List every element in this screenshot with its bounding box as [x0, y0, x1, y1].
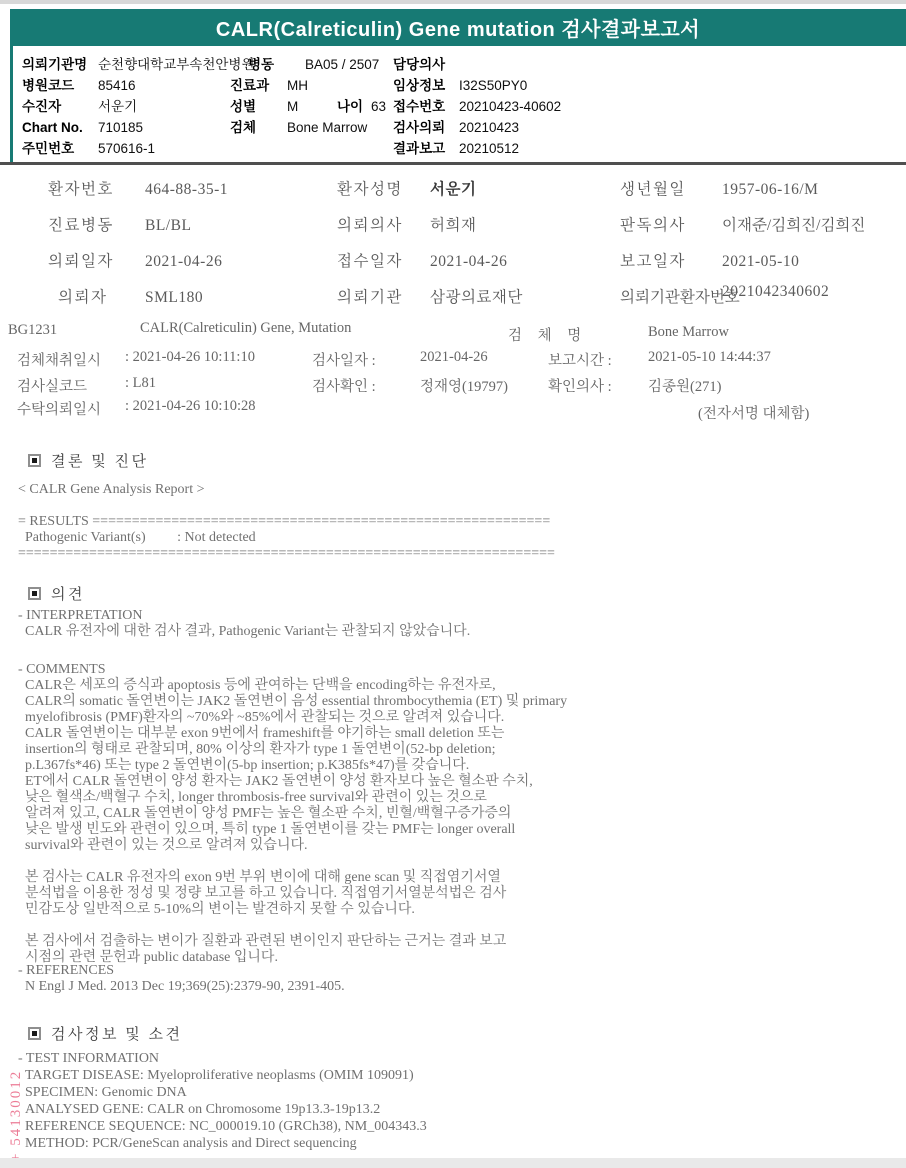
info-row: 의뢰기관명 순천향대학교부속천안병원 — [22, 54, 255, 75]
field-label: Chart No. — [22, 117, 98, 138]
field-value: MH — [287, 75, 308, 96]
conclusion-body: < CALR Gene Analysis Report > = RESULTS … — [18, 482, 898, 562]
field-label: 진료과 — [230, 75, 287, 96]
test-info-body: - TEST INFORMATION TARGET DISEASE: Myelo… — [18, 1050, 898, 1152]
references-body: - REFERENCES N Engl J Med. 2013 Dec 19;3… — [18, 963, 898, 995]
field-value: 서운기 — [98, 96, 137, 117]
patient-field-value: 허희재 — [430, 208, 620, 244]
info-left-column: 의뢰기관명 순천향대학교부속천안병원 병원코드 85416 수진자 서운기 Ch… — [22, 54, 255, 159]
info-middle-column: 병동 BA05 / 2507 진료과 MH 성별 M 나이 63 검체 Bone… — [230, 54, 386, 138]
specimen-label: 검 체 명 — [508, 324, 587, 345]
patient-field-label: 의뢰의사 — [337, 208, 430, 244]
info-row: 검체 Bone Marrow — [230, 117, 386, 138]
field-value: 63 — [371, 96, 386, 117]
section-heading-text: 결론 및 진단 — [51, 450, 148, 471]
patient-field-label: 의뢰일자 — [48, 244, 145, 280]
confirm-doctor-label: 확인의사 : — [548, 375, 612, 396]
patient-field-label: 의뢰기관환자번호 — [620, 280, 722, 316]
top-strip — [0, 0, 906, 4]
field-value: 20210423 — [459, 117, 519, 138]
patient-field-value: SML180 — [145, 280, 337, 316]
patient-field-value: 이재준/김희진/김희진 — [722, 208, 894, 244]
patient-field-value: BL/BL — [145, 208, 337, 244]
info-row: 임상정보 I32S50PY0 — [393, 75, 561, 96]
info-row: 병동 BA05 / 2507 — [230, 54, 386, 75]
info-row: 성별 M 나이 63 — [230, 96, 386, 117]
info-row: 진료과 MH — [230, 75, 386, 96]
field-label: 의뢰기관명 — [22, 54, 98, 75]
info-row: 결과보고 20210512 — [393, 138, 561, 159]
field-value: M — [287, 96, 309, 117]
comments-body: - COMMENTS CALR은 세포의 증식과 apoptosis 등에 관여… — [18, 662, 898, 966]
patient-field-value: 2021-05-10 — [722, 244, 894, 280]
section-marker-icon — [28, 587, 41, 600]
esign-note: (전자서명 대체함) — [698, 402, 809, 423]
patient-field-value: 2021042340602 — [722, 280, 840, 316]
info-row: 접수번호 20210423-40602 — [393, 96, 561, 117]
field-label: 병원코드 — [22, 75, 98, 96]
field-label: 성별 — [230, 96, 287, 117]
specimen-code-vertical: + 54130012 — [8, 982, 25, 1162]
info-row: 수진자 서운기 — [22, 96, 255, 117]
info-row: 검사의뢰 20210423 — [393, 117, 561, 138]
patient-field-label: 판독의사 — [620, 208, 722, 244]
field-label: 담당의사 — [393, 54, 459, 75]
verified-value: 정재영(19797) — [420, 375, 508, 396]
section-heading-conclusion: 결론 및 진단 — [28, 450, 148, 471]
field-value: 20210423-40602 — [459, 96, 561, 117]
patient-field-label: 환자번호 — [48, 172, 145, 208]
collected-value: : 2021-04-26 10:11:10 — [125, 349, 255, 366]
header-divider-rule — [0, 162, 906, 165]
field-label: 접수번호 — [393, 96, 459, 117]
field-label: 임상정보 — [393, 75, 459, 96]
bottom-band — [0, 1158, 906, 1168]
field-value: BA05 / 2507 — [305, 54, 379, 75]
field-value: 710185 — [98, 117, 143, 138]
interpretation-body: - INTERPRETATION CALR 유전자에 대한 검사 결과, Pat… — [18, 608, 898, 640]
test-header-block: BG1231 CALR(Calreticulin) Gene, Mutation… — [0, 320, 906, 432]
field-value: Bone Marrow — [287, 117, 367, 138]
patient-info-table: 환자번호 464-88-35-1 환자성명 서운기 생년월일 1957-06-1… — [48, 172, 894, 316]
field-label: 수진자 — [22, 96, 98, 117]
patient-field-value: 1957-06-16/M — [722, 172, 894, 208]
report-title-bar: CALR(Calreticulin) Gene mutation 검사결과보고서 — [10, 9, 906, 46]
field-value: 85416 — [98, 75, 136, 96]
request-value: : 2021-04-26 10:10:28 — [125, 398, 256, 415]
field-label: 나이 — [337, 96, 371, 117]
patient-field-label: 환자성명 — [337, 172, 430, 208]
test-date-value: 2021-04-26 — [420, 349, 488, 366]
patient-field-label: 접수일자 — [337, 244, 430, 280]
info-row: 병원코드 85416 — [22, 75, 255, 96]
test-name: CALR(Calreticulin) Gene, Mutation — [140, 320, 351, 337]
field-label: 결과보고 — [393, 138, 459, 159]
section-marker-icon — [28, 454, 41, 467]
patient-field-value: 서운기 — [430, 172, 620, 208]
info-row: 주민번호 570616-1 — [22, 138, 255, 159]
report-title: CALR(Calreticulin) Gene mutation 검사결과보고서 — [216, 13, 700, 42]
field-value: 20210512 — [459, 138, 519, 159]
field-label: 병동 — [248, 54, 305, 75]
request-label: 수탁의뢰일시 — [17, 398, 101, 419]
patient-field-label: 진료병동 — [48, 208, 145, 244]
section-heading-text: 의견 — [51, 583, 85, 604]
info-row: 담당의사 — [393, 54, 561, 75]
report-time-label: 보고시간 : — [548, 349, 612, 370]
left-accent-border — [10, 46, 13, 162]
patient-field-value: 2021-04-26 — [145, 244, 337, 280]
section-heading-opinion: 의견 — [28, 583, 85, 604]
patient-field-value: 464-88-35-1 — [145, 172, 337, 208]
patient-field-label: 의뢰자 — [48, 280, 145, 316]
field-value: I32S50PY0 — [459, 75, 527, 96]
patient-field-value: 삼광의료재단 — [430, 280, 620, 316]
test-date-label: 검사일자 : — [312, 349, 376, 370]
verified-label: 검사확인 : — [312, 375, 376, 396]
field-value: 570616-1 — [98, 138, 155, 159]
info-right-column: 담당의사 임상정보 I32S50PY0 접수번호 20210423-40602 … — [393, 54, 561, 159]
patient-field-value: 2021-04-26 — [430, 244, 620, 280]
field-label: 주민번호 — [22, 138, 98, 159]
lab-code-label: 검사실코드 — [17, 375, 87, 396]
test-code: BG1231 — [8, 322, 57, 339]
field-label: 검체 — [230, 117, 287, 138]
patient-field-label: 생년월일 — [620, 172, 722, 208]
section-marker-icon — [28, 1027, 41, 1040]
header-info-block: 의뢰기관명 순천향대학교부속천안병원 병원코드 85416 수진자 서운기 Ch… — [0, 46, 906, 162]
report-time-value: 2021-05-10 14:44:37 — [648, 349, 771, 366]
confirm-doctor-value: 김종원(271) — [648, 375, 721, 396]
info-row: Chart No. 710185 — [22, 117, 255, 138]
field-label: 검사의뢰 — [393, 117, 459, 138]
lab-code-value: : L81 — [125, 375, 156, 392]
specimen-value: Bone Marrow — [648, 324, 729, 341]
section-heading-test-info: 검사정보 및 소견 — [28, 1023, 182, 1044]
patient-field-label: 보고일자 — [620, 244, 722, 280]
patient-field-label: 의뢰기관 — [337, 280, 430, 316]
section-heading-text: 검사정보 및 소견 — [51, 1023, 182, 1044]
report-page: CALR(Calreticulin) Gene mutation 검사결과보고서… — [0, 0, 906, 1168]
collected-label: 검체채취일시 — [17, 349, 101, 370]
